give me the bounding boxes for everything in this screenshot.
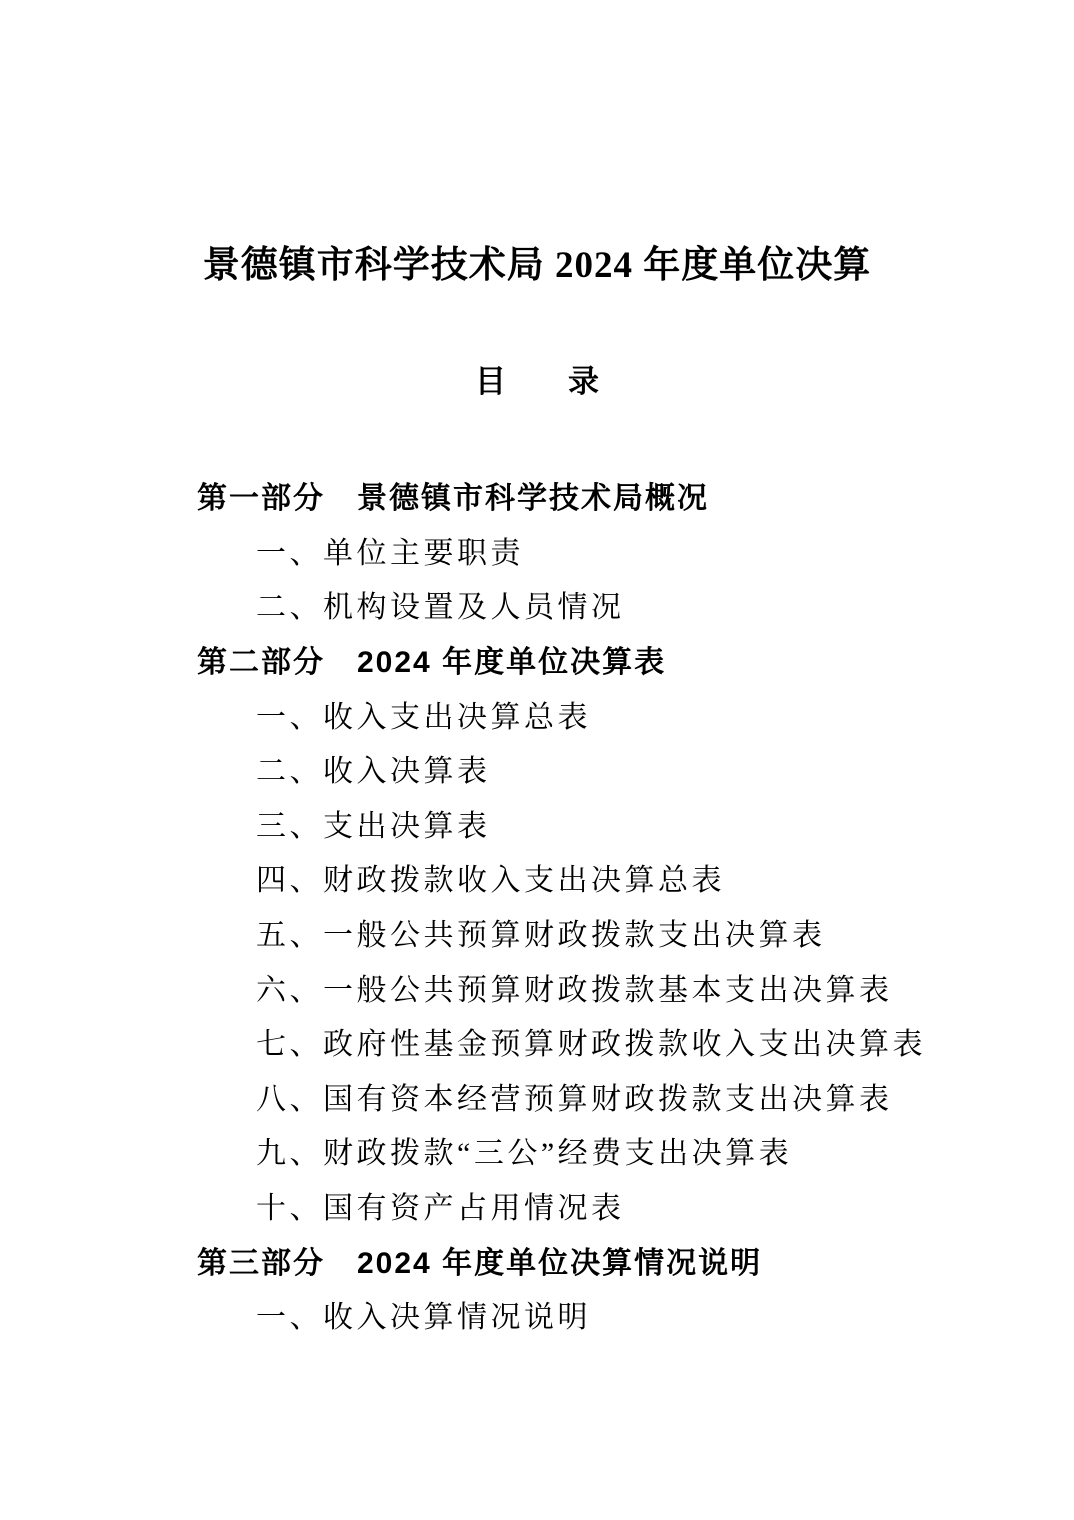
toc-entry-part1: 第一部分 景德镇市科学技术局概况 (0, 468, 1074, 523)
toc-entry-part2-item2: 二、收入决算表 (0, 741, 1074, 796)
toc-entry-part2: 第二部分 2024 年度单位决算表 (0, 632, 1074, 687)
toc-entry-part2-item4: 四、财政拨款收入支出决算总表 (0, 850, 1074, 905)
toc-entry-part2-item6: 六、一般公共预算财政拨款基本支出决算表 (0, 959, 1074, 1014)
toc-entry-part2-item8: 八、国有资本经营预算财政拨款支出决算表 (0, 1069, 1074, 1124)
toc-heading: 目 录 (0, 358, 1074, 406)
toc-entry-part1-item1: 一、单位主要职责 (0, 523, 1074, 578)
document-title: 景德镇市科学技术局 2024 年度单位决算 (0, 240, 1074, 292)
table-of-contents: 第一部分 景德镇市科学技术局概况 一、单位主要职责 二、机构设置及人员情况 第二… (0, 468, 1074, 1342)
toc-entry-part2-item10: 十、国有资产占用情况表 (0, 1178, 1074, 1233)
document-page: 景德镇市科学技术局 2024 年度单位决算 目 录 第一部分 景德镇市科学技术局… (0, 0, 1074, 1520)
toc-entry-part1-item2: 二、机构设置及人员情况 (0, 577, 1074, 632)
toc-entry-part2-item9: 九、财政拨款“三公”经费支出决算表 (0, 1123, 1074, 1178)
toc-entry-part2-item3: 三、支出决算表 (0, 796, 1074, 851)
toc-entry-part2-item7: 七、政府性基金预算财政拨款收入支出决算表 (0, 1014, 1074, 1069)
toc-entry-part3: 第三部分 2024 年度单位决算情况说明 (0, 1232, 1074, 1287)
toc-entry-part2-item1: 一、收入支出决算总表 (0, 686, 1074, 741)
toc-entry-part2-item5: 五、一般公共预算财政拨款支出决算表 (0, 905, 1074, 960)
toc-entry-part3-item1: 一、收入决算情况说明 (0, 1287, 1074, 1342)
